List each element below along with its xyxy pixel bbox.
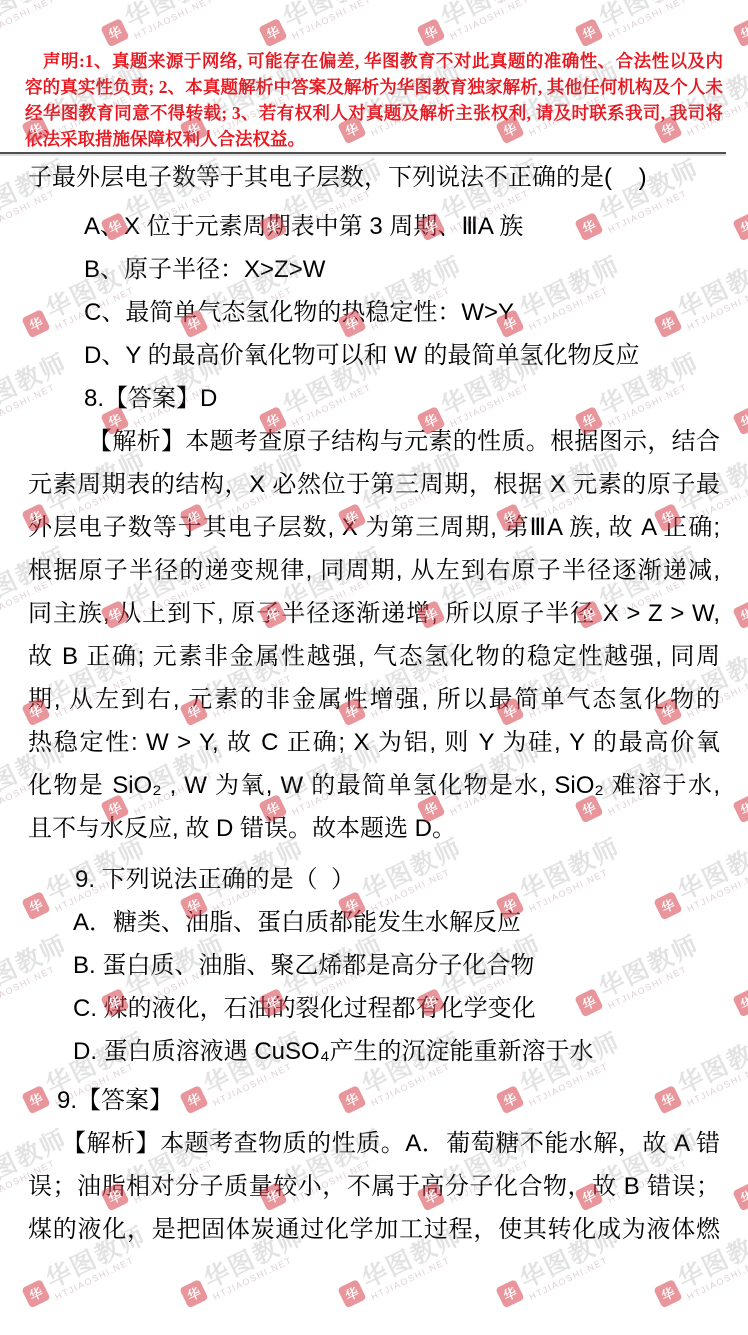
disclaimer-bold-prefix: 声明: — [43, 51, 85, 71]
analysis-text-line: 且不与水反应, 故 D 错误。故本题选 D。 — [28, 807, 720, 850]
huatu-logo-icon: 华 — [337, 1279, 366, 1308]
analysis-text-line: 煤的液化，是把固体炭通过化学加工过程，使其转化成为液体燃 — [28, 1208, 720, 1251]
watermark-site-text: HTJIAOSHI.NET — [370, 1247, 471, 1302]
question-8-analysis: 【解析】本题考查原子结构与元素的性质。根据图示，结合 — [28, 420, 720, 463]
analysis-text-line: 外层电子数等于其电子层数, X 为第三周期, 第ⅢA 族, 故 A 正确; — [28, 506, 720, 549]
question-9-option-d: D. 蛋白质溶液遇 CuSO₄产生的沉淀能重新溶于水 — [28, 1030, 720, 1073]
question-9-stem: 9. 下列说法正确的是（ ） — [28, 858, 720, 901]
question-8-option-c: C、最简单气态氢化物的热稳定性：W>Y — [28, 291, 720, 334]
disclaimer-line: 依法采取措施保障权利人合法权益。 — [25, 126, 723, 152]
question-8-option-b: B、原子半径：X>Z>W — [28, 248, 720, 291]
analysis-text-line: 化物是 SiO₂ , W 为氧, W 的最简单氢化物是水, SiO₂ 难溶于水, — [28, 764, 720, 807]
huatu-logo-icon: 华 — [21, 1279, 50, 1308]
watermark-site-text: HTJIAOSHI.NET — [212, 1247, 313, 1302]
analysis-text-line: 根据原子半径的递变规律, 同周期, 从左到右原子半径逐渐递减, — [28, 549, 720, 592]
question-8-option-d: D、Y 的最高价氧化物可以和 W 的最简单氢化物反应 — [28, 334, 720, 377]
huatu-logo-icon: 华 — [653, 1279, 682, 1308]
question-9-option-c: C. 煤的液化，石油的裂化过程都有化学变化 — [28, 987, 720, 1030]
analysis-text-line: 热稳定性: W > Y, 故 C 正确; X 为铝, 则 Y 为硅, Y 的最高… — [28, 721, 720, 764]
analysis-text-line: 同主族, 从上到下, 原子半径逐渐递增, 所以原子半径 X > Z > W, — [28, 592, 720, 635]
question-8-answer: 8.【答案】D — [28, 377, 720, 420]
question-8-stem: 子最外层电子数等于其电子层数，下列说法不正确的是( ) — [28, 156, 720, 199]
huatu-logo-icon: 华 — [179, 1279, 208, 1308]
analysis-text-line: 元素周期表的结构，X 必然位于第三周期，根据 X 元素的原子最 — [28, 463, 720, 506]
analysis-text-line: 故 B 正确; 元素非金属性越强, 气态氢化物的稳定性越强, 同周 — [28, 635, 720, 678]
huatu-logo-icon: 华 — [495, 1279, 524, 1308]
exam-content: 子最外层电子数等于其电子层数，下列说法不正确的是( )A、X 位于元素周期表中第… — [0, 154, 748, 1251]
question-9-analysis: 【解析】本题考查物质的性质。A．葡萄糖不能水解，故 A 错 — [28, 1122, 720, 1165]
disclaimer-line: 声明:1、真题来源于网络, 可能存在偏差, 华图教育不对此真题的准确性、合法性以… — [25, 48, 723, 74]
analysis-text-line: 期, 从左到右, 元素的非金属性增强, 所以最简单气态氢化物的 — [28, 678, 720, 721]
watermark-site-text: HTJIAOSHI.NET — [54, 1247, 155, 1302]
question-9-answer: 9.【答案】 — [28, 1079, 720, 1122]
disclaimer-line: 经华图教育同意不得转载; 3、若有权利人对真题及解析主张权利, 请及时联系我司,… — [25, 100, 723, 126]
disclaimer-notice: 声明:1、真题来源于网络, 可能存在偏差, 华图教育不对此真题的准确性、合法性以… — [0, 0, 748, 152]
analysis-text-line: 误；油脂相对分子质量较小，不属于高分子化合物，故 B 错误； — [28, 1165, 720, 1208]
question-9-option-a: A．糖类、油脂、蛋白质都能发生水解反应 — [28, 901, 720, 944]
watermark-site-text: HTJIAOSHI.NET — [528, 1247, 629, 1302]
watermark-site-text: HTJIAOSHI.NET — [686, 1247, 748, 1302]
question-9-option-b: B. 蛋白质、油脂、聚乙烯都是高分子化合物 — [28, 944, 720, 987]
question-8-option-a: A、X 位于元素周期表中第 3 周期、ⅢA 族 — [28, 205, 720, 248]
disclaimer-line: 容的真实性负责; 2、本真题解析中答案及解析为华图教育独家解析, 其他任何机构及… — [25, 74, 723, 100]
document-page: 声明:1、真题来源于网络, 可能存在偏差, 华图教育不对此真题的准确性、合法性以… — [0, 0, 748, 1335]
